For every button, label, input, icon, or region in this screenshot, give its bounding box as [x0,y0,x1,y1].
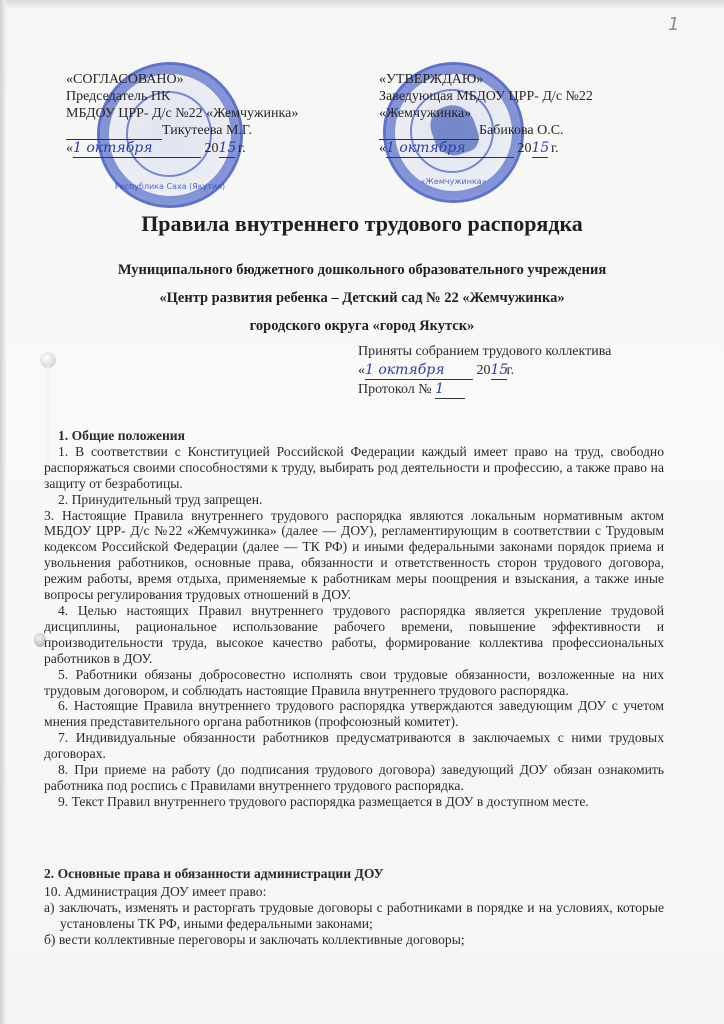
accepted-year-handwritten: 15 [491,361,507,380]
signature-line [66,122,162,140]
protocol-label: Протокол № [358,382,435,397]
document-page: 1 Республика Саха (Якутия) «Жемчужинка» … [0,0,724,1024]
protocol-number: 1 [435,380,465,399]
approved-date-handwritten: 1 октября [386,140,514,158]
approved-signer: Бабикова О.С. [479,123,564,138]
protocol-line: Протокол № 1 [358,380,611,399]
section-administration-rights: 2. Основные права и обязанности админист… [44,866,664,948]
paragraph: 3. Настоящие Правила внутреннего трудово… [44,508,664,603]
paragraph: 9. Текст Правил внутреннего трудового ра… [44,794,664,810]
paragraph: 8. При приеме на работу (до подписания т… [44,762,664,794]
accepted-block: Приняты собранием трудового коллектива «… [358,343,611,399]
paragraph: 1. В соответствии с Конституцией Российс… [44,444,664,492]
subtitle-line-1: Муниципального бюджетного дошкольного об… [0,262,724,279]
page-number: 1 [668,14,679,35]
list-item: а) заключать, изменять и расторгать труд… [44,900,664,932]
page-left-edge [0,0,6,1024]
list-item: б) вести коллективные переговоры и заклю… [44,932,664,948]
section-heading: 1. Общие положения [44,428,664,444]
paragraph: 6. Настоящие Правила внутреннего трудово… [44,698,664,730]
paragraph: 5. Работники обязаны добросовестно испол… [44,667,664,699]
section-heading: 2. Основные права и обязанности админист… [44,866,664,882]
agreed-organization: МБДОУ ЦРР- Д/с №22 «Жемчужинка» [66,105,298,122]
subtitle-line-2: «Центр развития ребенка – Детский сад № … [0,290,724,307]
accepted-date: «1 октября 2015г. [358,361,611,380]
agreed-signer-line: Тикутеева М.Г. [66,122,298,140]
agreed-date-handwritten: 1 октября [73,140,201,158]
page-top-edge [0,0,724,8]
accepted-text: Приняты собранием трудового коллектива [358,343,611,361]
approved-position: Заведующая МБДОУ ЦРР- Д/с №22 [379,88,593,105]
agreed-date: «1 октября 2015 г. [66,140,298,158]
stamp-text: «Жемчужинка» [386,177,521,186]
approved-block: «УТВЕРЖДАЮ» Заведующая МБДОУ ЦРР- Д/с №2… [379,71,593,158]
paragraph: 7. Индивидуальные обязанности работников… [44,730,664,762]
agreed-year-handwritten: 15 [219,140,235,158]
agreed-label: «СОГЛАСОВАНО» [66,71,298,88]
agreed-position: Председатель ПК [66,88,298,105]
paragraph: 2. Принудительный труд запрещен. [44,492,664,508]
paragraph: 10. Администрация ДОУ имеет право: [44,884,664,900]
agreed-signer: Тикутеева М.Г. [162,123,252,138]
approved-label: «УТВЕРЖДАЮ» [379,71,593,88]
document-title: Правила внутреннего трудового распорядка [0,211,724,237]
accepted-date-handwritten: 1 октября [365,361,473,380]
approved-organization: «Жемчужинка» [379,105,593,122]
approved-date: «1 октября 2015 г. [379,140,593,158]
approved-signer-line: Бабикова О.С. [379,122,593,140]
subtitle-line-3: городского округа «город Якутск» [0,318,724,335]
agreed-block: «СОГЛАСОВАНО» Председатель ПК МБДОУ ЦРР-… [66,71,298,158]
stamp-text: Республика Саха (Якутия) [100,182,240,191]
paragraph: 4. Целью настоящих Правил внутреннего тр… [44,603,664,667]
approved-year-handwritten: 15 [532,140,548,158]
section-general-provisions: 1. Общие положения 1. В соответствии с К… [44,428,664,810]
signature-line [379,122,479,140]
